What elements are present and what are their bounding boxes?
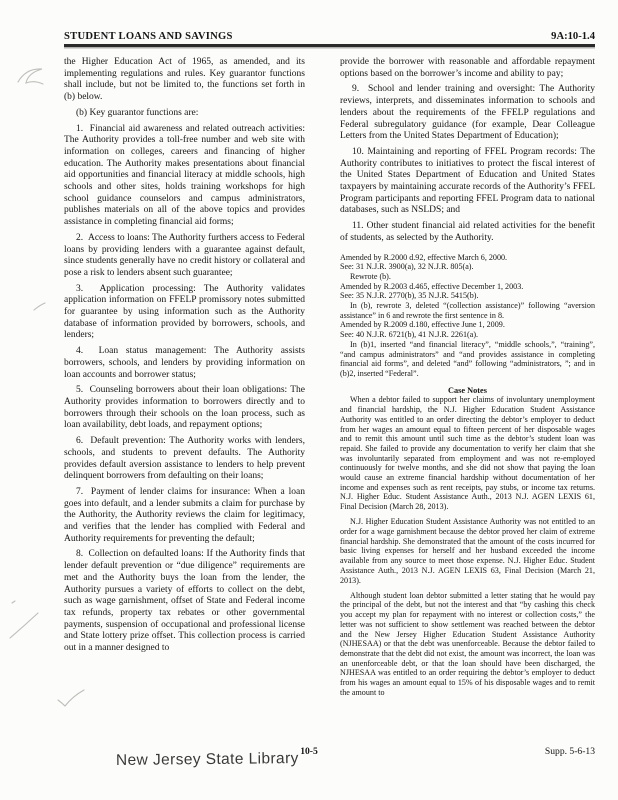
amendment-line: See: 31 N.J.R. 3900(a), 32 N.J.R. 805(a)… [340, 262, 595, 272]
left-column: the Higher Education Act of 1965, as ame… [64, 57, 305, 655]
amendment-line: Amended by R.2003 d.465, effective Decem… [340, 282, 595, 292]
case-notes-section: Case Notes When a debtor failed to suppo… [340, 386, 595, 698]
case-notes-heading: Case Notes [340, 386, 595, 396]
amendment-line: See: 40 N.J.R. 6721(b), 41 N.J.R. 2261(a… [340, 330, 595, 340]
right-column: provide the borrower with reasonable and… [340, 57, 595, 697]
guarantor-function-item-5: 5. Counseling borrowers about their loan… [64, 385, 305, 432]
case-note-paragraph: N.J. Higher Education Student Assistance… [340, 517, 595, 585]
amendment-line: Rewrote (b). [340, 272, 595, 282]
case-note-paragraph: When a debtor failed to support her clai… [340, 395, 595, 511]
supplement-date: Supp. 5-6-13 [545, 746, 595, 757]
guarantor-function-item-9: 9. School and lender training and oversi… [340, 84, 595, 143]
guarantor-function-item-1: 1. Financial aid awareness and related o… [64, 124, 305, 229]
guarantor-function-item-8: 8. Collection on defaulted loans: If the… [64, 549, 305, 654]
guarantor-function-item-11: 11. Other student financial aid related … [340, 221, 595, 244]
amendment-line: In (b)1, inserted “and financial literac… [340, 340, 595, 379]
amendment-line: Amended by R.2009 d.180, effective June … [340, 320, 595, 330]
page-title: STUDENT LOANS AND SAVINGS [64, 31, 233, 42]
document-page: STUDENT LOANS AND SAVINGS 9A:10-1.4 the … [0, 0, 618, 800]
guarantor-function-item-6: 6. Default prevention: The Authority wor… [64, 436, 305, 483]
guarantor-function-item-10: 10. Maintaining and reporting of FFEL Pr… [340, 147, 595, 217]
guarantor-function-item-4: 4. Loan status management: The Authority… [64, 346, 305, 381]
amendment-line: See: 35 N.J.R. 2770(b), 35 N.J.R. 5415(b… [340, 291, 595, 301]
amendment-history: Amended by R.2000 d.92, effective March … [340, 253, 595, 379]
running-header: STUDENT LOANS AND SAVINGS 9A:10-1.4 [64, 31, 595, 42]
guarantor-function-item-7: 7. Payment of lender claims for insuranc… [64, 487, 305, 546]
amendment-line: In (b), rewrote 3, deleted “(collection … [340, 301, 595, 320]
section-number: 9A:10-1.4 [551, 31, 595, 42]
case-note-paragraph: Although student loan debtor submitted a… [340, 591, 595, 698]
continuation-paragraph: provide the borrower with reasonable and… [340, 57, 595, 80]
subsection-b-heading: (b) Key guarantor functions are: [64, 108, 305, 120]
guarantor-function-item-2: 2. Access to loans: The Authority furthe… [64, 233, 305, 280]
amendment-line: Amended by R.2000 d.92, effective March … [340, 253, 595, 263]
guarantor-function-item-3: 3. Application processing: The Authority… [64, 284, 305, 343]
header-rule [64, 44, 595, 47]
page-number: 10-5 [0, 746, 618, 757]
intro-paragraph: the Higher Education Act of 1965, as ame… [64, 57, 305, 104]
